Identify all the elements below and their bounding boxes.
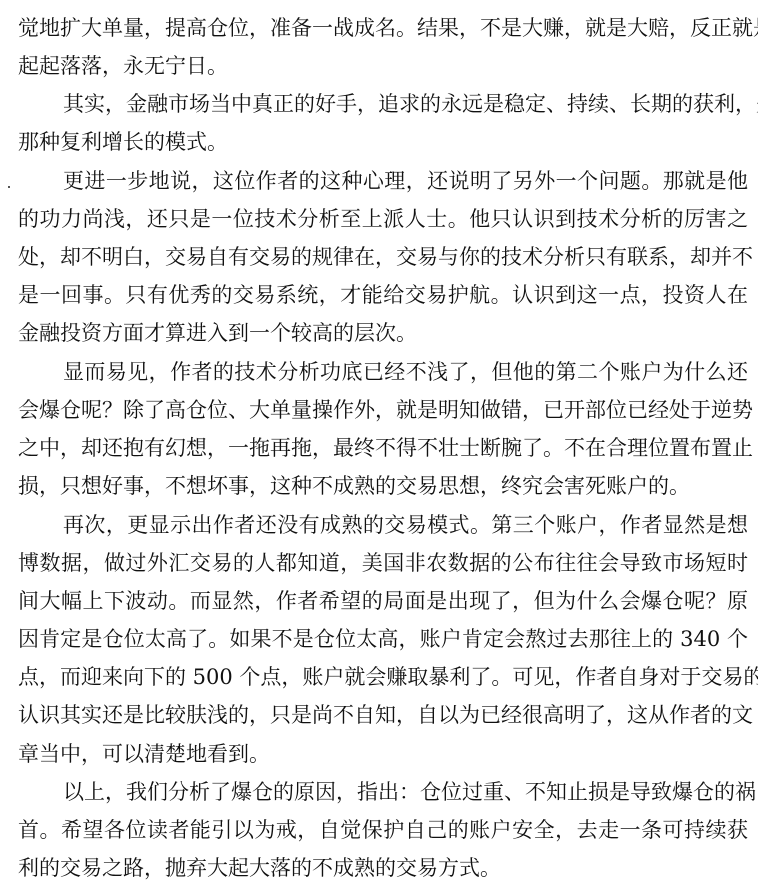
text-line: 点，而迎来向下的 500 个点，账户就会赚取暴利了。可见，作者自身对于交易的	[18, 662, 748, 692]
text-line: 起起落落，永无宁日。	[18, 51, 748, 81]
text-line: 之中，却还抱有幻想，一拖再拖，最终不得不壮士断腕了。不在合理位置布置止	[18, 433, 748, 463]
paragraph-start-line: 以上，我们分析了爆仓的原因，指出：仓位过重、不知止损是导致爆仓的祸	[63, 777, 748, 807]
text-line: 认识其实还是比较肤浅的，只是尚不自知，自以为已经很高明了，这从作者的文	[18, 700, 748, 730]
text-line: 间大幅上下波动。而显然，作者希望的局面是出现了，但为什么会爆仓呢？原	[18, 586, 748, 616]
text-line: 利的交易之路，抛弃大起大落的不成熟的交易方式。	[18, 853, 748, 881]
text-line: 金融投资方面才算进入到一个较高的层次。	[18, 318, 748, 348]
text-line: 博数据，做过外汇交易的人都知道，美国非农数据的公布往往会导致市场短时	[18, 548, 748, 578]
text-line: 损，只想好事，不想坏事，这种不成熟的交易思想，终究会害死账户的。	[18, 471, 748, 501]
text-line: 会爆仓呢？除了高仓位、大单量操作外，就是明知做错，已开部位已经处于逆势	[18, 395, 748, 425]
paragraph-start-line: 更进一步地说，这位作者的这种心理，还说明了另外一个问题。那就是他	[63, 166, 748, 196]
paragraph-start-line: 再次，更显示出作者还没有成熟的交易模式。第三个账户，作者显然是想	[63, 510, 748, 540]
text-line: 是一回事。只有优秀的交易系统，才能给交易护航。认识到这一点，投资人在	[18, 280, 748, 310]
text-line: 处，却不明白，交易自有交易的规律在，交易与你的技术分析只有联系，却并不	[18, 242, 748, 272]
text-line: 觉地扩大单量，提高仓位，准备一战成名。结果，不是大赚，就是大赔，反正就是	[18, 13, 748, 43]
paragraph-start-line: 显而易见，作者的技术分析功底已经不浅了，但他的第二个账户为什么还	[63, 357, 748, 387]
scan-speck	[8, 186, 10, 188]
document-page: 觉地扩大单量，提高仓位，准备一战成名。结果，不是大赚，就是大赔，反正就是 起起落…	[0, 0, 758, 881]
text-line: 章当中，可以清楚地看到。	[18, 739, 748, 769]
paragraph-start-line: 其实，金融市场当中真正的好手，追求的永远是稳定、持续、长期的获利，是	[63, 89, 748, 119]
text-line: 因肯定是仓位太高了。如果不是仓位太高，账户肯定会熬过去那往上的 340 个	[18, 624, 748, 654]
text-line: 首。希望各位读者能引以为戒，自觉保护自己的账户安全，去走一条可持续获	[18, 815, 748, 845]
text-line: 那种复利增长的模式。	[18, 127, 748, 157]
text-line: 的功力尚浅，还只是一位技术分析至上派人士。他只认识到技术分析的厉害之	[18, 204, 748, 234]
